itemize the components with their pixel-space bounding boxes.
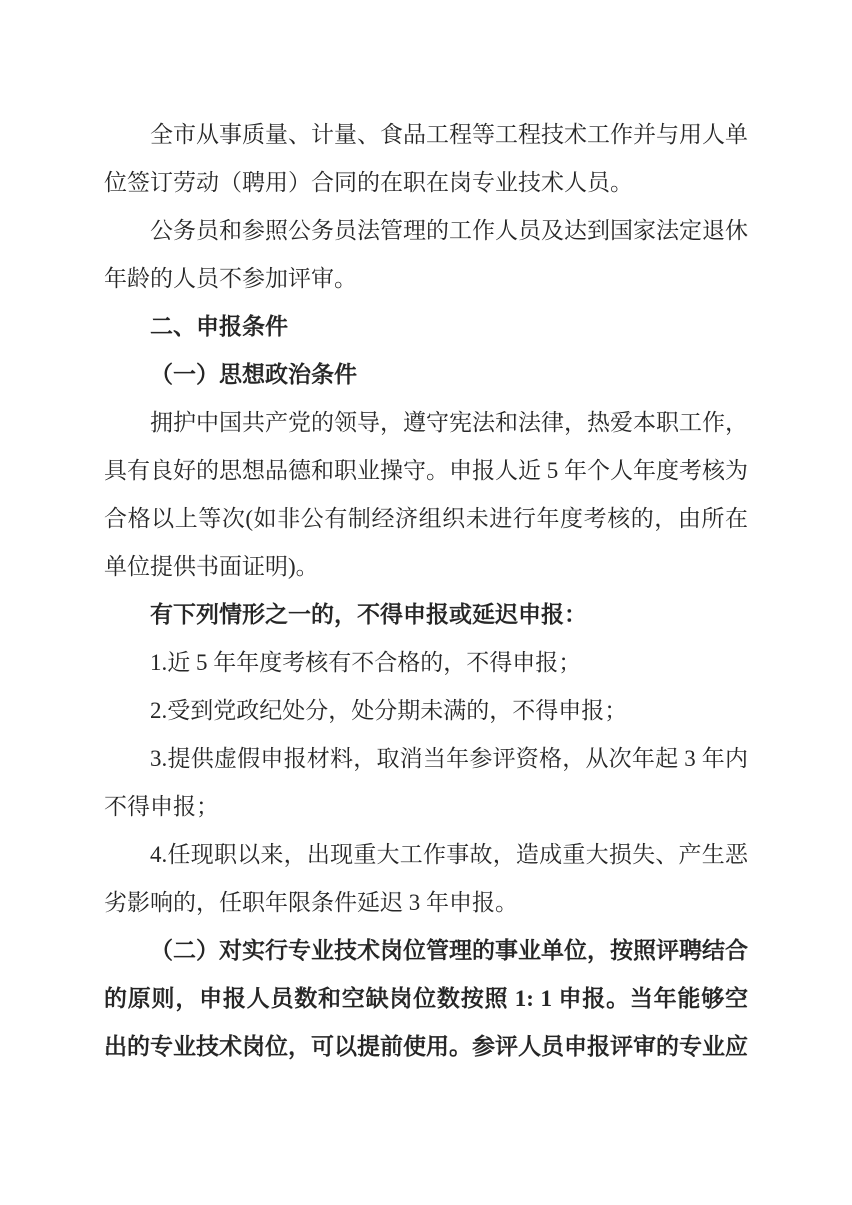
exclusion-paragraph: 公务员和参照公务员法管理的工作人员及达到国家法定退休年龄的人员不参加评审。: [104, 207, 748, 303]
document-page: 全市从事质量、计量、食品工程等工程技术工作并与用人单位签订劳动（聘用）合同的在职…: [0, 0, 852, 1205]
restriction-item-1: 1.近 5 年年度考核有不合格的，不得申报；: [104, 639, 748, 687]
section-heading-application-conditions: 二、申报条件: [104, 303, 748, 351]
restriction-item-2: 2.受到党政纪处分，处分期未满的，不得申报；: [104, 687, 748, 735]
restriction-item-3: 3.提供虚假申报材料，取消当年参评资格，从次年起 3 年内不得申报；: [104, 735, 748, 831]
scope-paragraph: 全市从事质量、计量、食品工程等工程技术工作并与用人单位签订劳动（聘用）合同的在职…: [104, 111, 748, 207]
document-body: 全市从事质量、计量、食品工程等工程技术工作并与用人单位签订劳动（聘用）合同的在职…: [104, 111, 748, 1071]
subsection-paragraph-post-management: （二）对实行专业技术岗位管理的事业单位，按照评聘结合的原则，申报人员数和空缺岗位…: [104, 927, 748, 1071]
subsection-heading-political-conditions: （一）思想政治条件: [104, 351, 748, 399]
political-conditions-paragraph: 拥护中国共产党的领导，遵守宪法和法律，热爱本职工作，具有良好的思想品德和职业操守…: [104, 399, 748, 591]
restriction-item-4: 4.任现职以来，出现重大工作事故，造成重大损失、产生恶劣影响的，任职年限条件延迟…: [104, 831, 748, 927]
restriction-intro-paragraph: 有下列情形之一的，不得申报或延迟申报：: [104, 591, 748, 639]
